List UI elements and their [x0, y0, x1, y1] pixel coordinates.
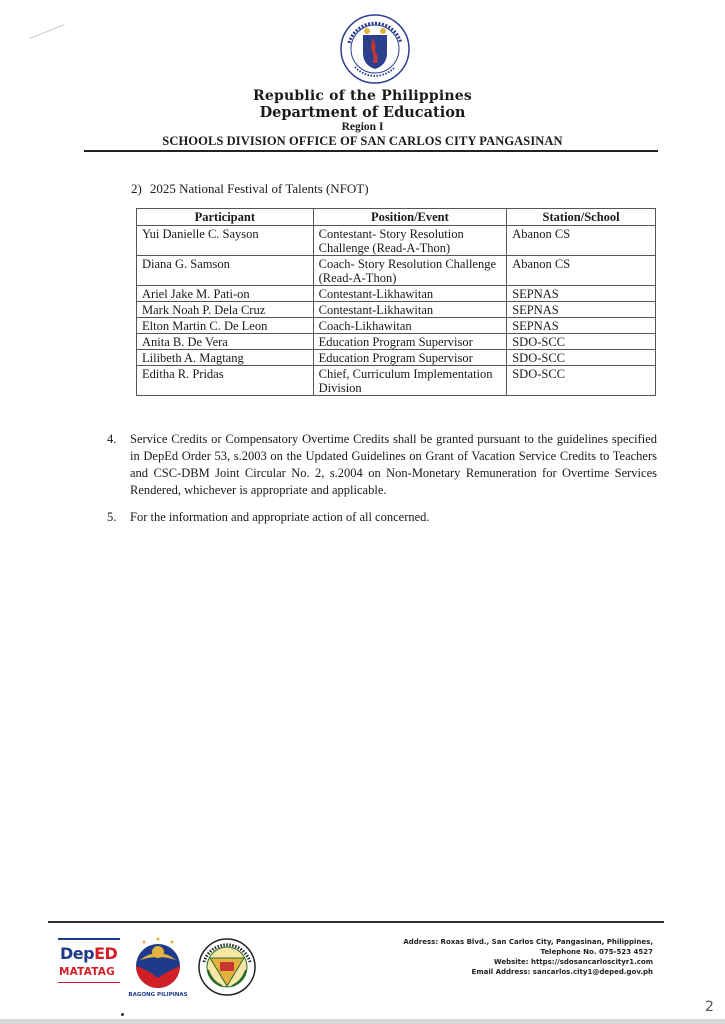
deped-seal-icon	[339, 13, 411, 85]
scan-artifact	[121, 1013, 124, 1016]
participant-cell: Diana G. Samson	[137, 256, 314, 286]
deped-wordmark: DepED	[60, 944, 117, 963]
station-cell: SDO-SCC	[507, 350, 656, 366]
paragraph-number: 4.	[107, 431, 116, 448]
header-region: Region I	[0, 121, 725, 133]
position-cell: Contestant- Story Resolution Challenge (…	[313, 226, 507, 256]
station-cell: Abanon CS	[507, 256, 656, 286]
table-row: Mark Noah P. Dela Cruz Contestant-Likhaw…	[137, 302, 656, 318]
column-header-participant: Participant	[137, 209, 314, 226]
participants-table: Participant Position/Event Station/Schoo…	[136, 208, 656, 396]
table-row: Ariel Jake M. Pati-on Contestant-Likhawi…	[137, 286, 656, 302]
position-cell: Coach-Likhawitan	[313, 318, 507, 334]
bagong-pilipinas-icon	[130, 936, 186, 990]
participant-cell: Elton Martin C. De Leon	[137, 318, 314, 334]
paragraph-text: For the information and appropriate acti…	[130, 509, 657, 526]
header-office: SCHOOLS DIVISION OFFICE OF SAN CARLOS CI…	[0, 134, 725, 149]
participant-cell: Yui Danielle C. Sayson	[137, 226, 314, 256]
deped-matatag-logo: DepED MATATAG	[58, 938, 123, 993]
logo-line	[58, 938, 120, 940]
table-row: Yui Danielle C. Sayson Contestant- Story…	[137, 226, 656, 256]
participant-cell: Editha R. Pridas	[137, 366, 314, 396]
position-cell: Contestant-Likhawitan	[313, 286, 507, 302]
deped-wordmark-dep: Dep	[60, 944, 94, 963]
station-cell: SEPNAS	[507, 286, 656, 302]
table-row: Anita B. De Vera Education Program Super…	[137, 334, 656, 350]
contact-block: Address: Roxas Blvd., San Carlos City, P…	[403, 937, 653, 977]
paragraph-text: Service Credits or Compensatory Overtime…	[130, 431, 657, 499]
bagong-pilipinas-logo: BAGONG PILIPINAS	[130, 936, 186, 998]
station-cell: Abanon CS	[507, 226, 656, 256]
position-cell: Education Program Supervisor	[313, 334, 507, 350]
matatag-wordmark: MATATAG	[59, 966, 115, 978]
position-cell: Coach- Story Resolution Challenge (Read-…	[313, 256, 507, 286]
table-row: Lilibeth A. Magtang Education Program Su…	[137, 350, 656, 366]
sdo-seal-icon	[198, 938, 256, 996]
station-cell: SEPNAS	[507, 318, 656, 334]
deped-wordmark-ed: ED	[94, 944, 117, 963]
footer-divider	[48, 921, 664, 923]
telephone-text: Telephone No. 075-523 4527	[403, 947, 653, 957]
participant-cell: Lilibeth A. Magtang	[137, 350, 314, 366]
position-cell: Education Program Supervisor	[313, 350, 507, 366]
paragraph-number: 5.	[107, 509, 116, 526]
address-text: Address: Roxas Blvd., San Carlos City, P…	[403, 937, 653, 947]
email-link[interactable]: Email Address: sancarlos.city1@deped.gov…	[403, 967, 653, 977]
section-title: 2)2025 National Festival of Talents (NFO…	[131, 181, 369, 197]
website-link[interactable]: Website: https://sdosancarloscityr1.com	[403, 957, 653, 967]
page-number: 2	[705, 999, 714, 1015]
column-header-position-event: Position/Event	[313, 209, 507, 226]
table-header-row: Participant Position/Event Station/Schoo…	[137, 209, 656, 226]
section-number: 2)	[131, 181, 142, 196]
logo-line	[58, 982, 120, 983]
station-cell: SEPNAS	[507, 302, 656, 318]
station-cell: SDO-SCC	[507, 334, 656, 350]
station-cell: SDO-SCC	[507, 366, 656, 396]
position-cell: Contestant-Likhawitan	[313, 302, 507, 318]
scan-edge	[0, 1019, 725, 1024]
column-header-station-school: Station/School	[507, 209, 656, 226]
header-department: Department of Education	[0, 104, 725, 121]
table-row: Editha R. Pridas Chief, Curriculum Imple…	[137, 366, 656, 396]
section-title-text: 2025 National Festival of Talents (NFOT)	[150, 181, 369, 196]
table-row: Diana G. Samson Coach- Story Resolution …	[137, 256, 656, 286]
scan-artifact	[29, 24, 65, 39]
participant-cell: Ariel Jake M. Pati-on	[137, 286, 314, 302]
bagong-pilipinas-caption: BAGONG PILIPINAS	[122, 992, 194, 998]
participant-cell: Anita B. De Vera	[137, 334, 314, 350]
header-divider	[84, 150, 658, 152]
header-republic: Republic of the Philippines	[0, 88, 725, 104]
paragraph-service-credits: 4. Service Credits or Compensatory Overt…	[107, 431, 657, 499]
paragraph-information: 5. For the information and appropriate a…	[107, 509, 657, 526]
position-cell: Chief, Curriculum Implementation Divisio…	[313, 366, 507, 396]
participant-cell: Mark Noah P. Dela Cruz	[137, 302, 314, 318]
table-row: Elton Martin C. De Leon Coach-Likhawitan…	[137, 318, 656, 334]
